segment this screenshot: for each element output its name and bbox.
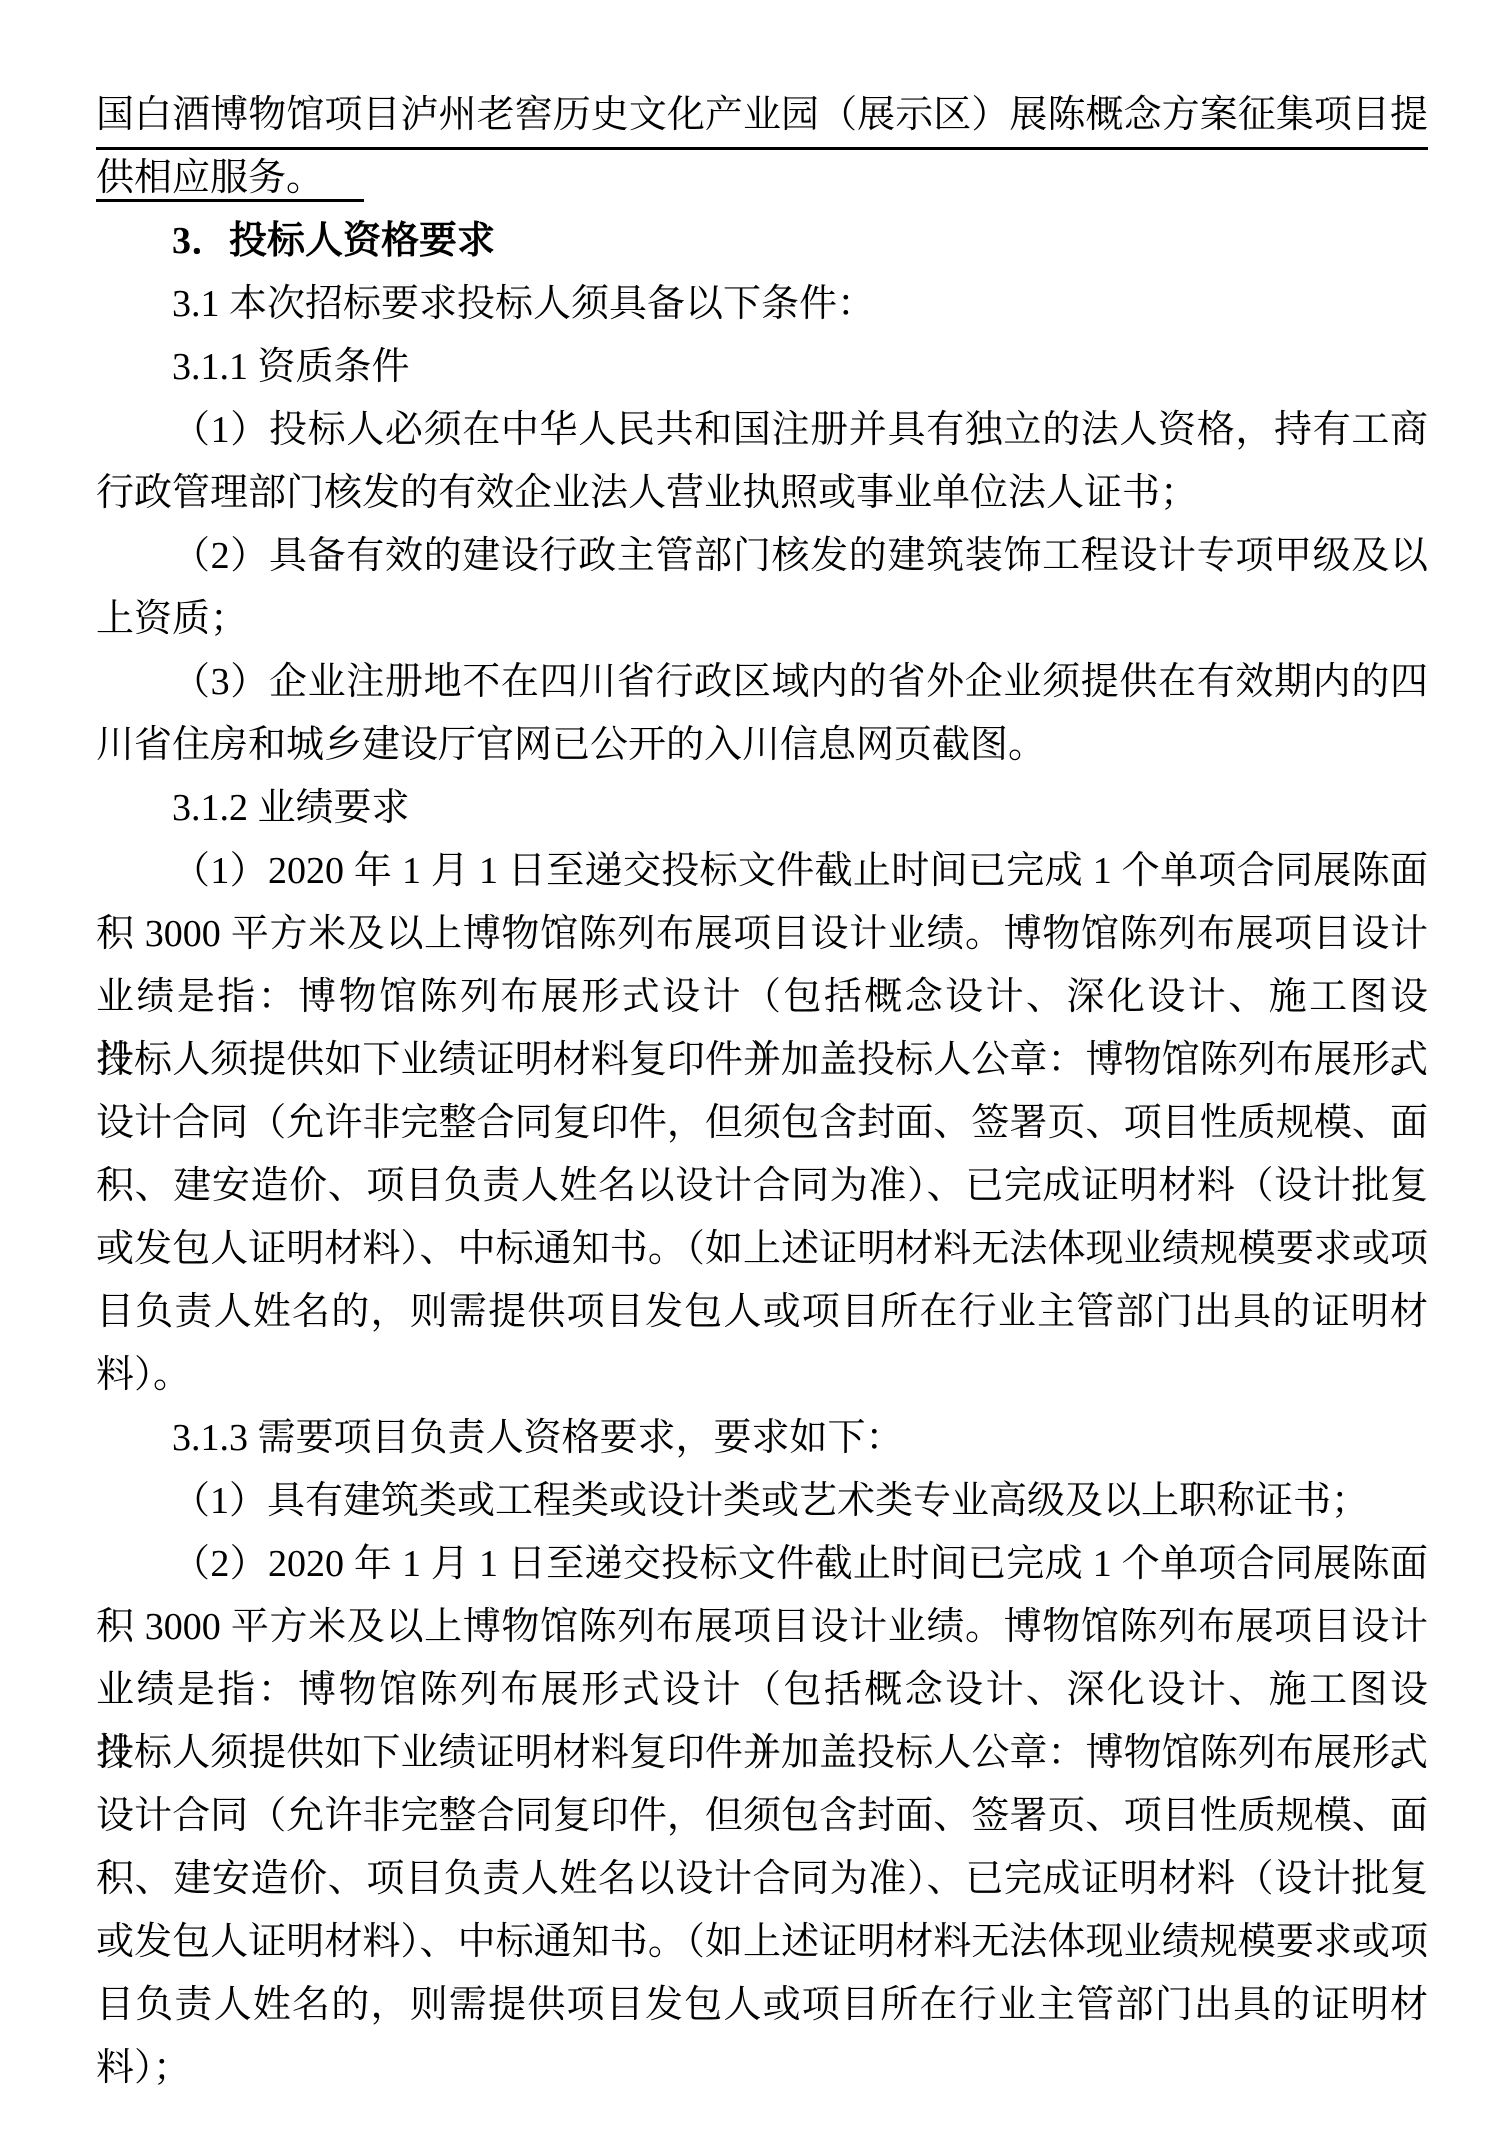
qualification-item-1: （1）投标人必须在中华人民共和国注册并具有独立的法人资格，持有工商 行政管理部门… — [96, 399, 1428, 525]
paragraph-line: 或发包人证明材料）、中标通知书。（如上述证明材料无法体现业绩规模要求或项 — [96, 1911, 1428, 1974]
paragraph-line: 或发包人证明材料）、中标通知书。（如上述证明材料无法体现业绩规模要求或项 — [96, 1218, 1428, 1281]
paragraph-line: （1）具有建筑类或工程类或设计类或艺术类专业高级及以上职称证书； — [96, 1470, 1428, 1533]
paragraph-line: 积 3000 平方米及以上博物馆陈列布展项目设计业绩。博物馆陈列布展项目设计 — [96, 903, 1428, 966]
paragraph-line: 3.1.1 资质条件 — [96, 336, 1428, 399]
paragraph-line: 积、建安造价、项目负责人姓名以设计合同为准）、已完成证明材料（设计批复 — [96, 1155, 1428, 1218]
paragraph-line: 3.1.3 需要项目负责人资格要求，要求如下： — [96, 1407, 1428, 1470]
qualification-item-3: （3）企业注册地不在四川省行政区域内的省外企业须提供在有效期内的四 川省住房和城… — [96, 651, 1428, 777]
underlined-text: 供相应服务。 — [96, 157, 364, 202]
pm-item-2: （2）2020 年 1 月 1 日至递交投标文件截止时间已完成 1 个单项合同展… — [96, 1533, 1428, 2100]
paragraph-line: （2）具备有效的建设行政主管部门核发的建筑装饰工程设计专项甲级及以 — [96, 525, 1428, 588]
qualification-item-2: （2）具备有效的建设行政主管部门核发的建筑装饰工程设计专项甲级及以 上资质； — [96, 525, 1428, 651]
paragraph-line: 料）。 — [96, 1344, 1428, 1407]
paragraph-line: 设计合同（允许非完整合同复印件，但须包含封面、签署页、项目性质规模、面 — [96, 1785, 1428, 1848]
paragraph-line: 投标人须提供如下业绩证明材料复印件并加盖投标人公章：博物馆陈列布展形式 — [96, 1722, 1428, 1785]
document-page: 国白酒博物馆项目泸州老窖历史文化产业园（展示区）展陈概念方案征集项目提 供相应服… — [0, 0, 1500, 2152]
clause-3-1-3: 3.1.3 需要项目负责人资格要求，要求如下： — [96, 1407, 1428, 1470]
paragraph-line: 国白酒博物馆项目泸州老窖历史文化产业园（展示区）展陈概念方案征集项目提 — [96, 84, 1428, 147]
continued-underlined-paragraph: 国白酒博物馆项目泸州老窖历史文化产业园（展示区）展陈概念方案征集项目提 供相应服… — [96, 84, 1428, 210]
paragraph-line: 设计合同（允许非完整合同复印件，但须包含封面、签署页、项目性质规模、面 — [96, 1092, 1428, 1155]
paragraph-line: 3.1.2 业绩要求 — [96, 777, 1428, 840]
underlined-text: 国白酒博物馆项目泸州老窖历史文化产业园（展示区）展陈概念方案征集项目提 — [96, 84, 1428, 150]
paragraph-line: 业绩是指：博物馆陈列布展形式设计（包括概念设计、深化设计、施工图设计）。 — [96, 966, 1428, 1029]
clause-3-1-1: 3.1.1 资质条件 — [96, 336, 1428, 399]
paragraph-line: 供相应服务。 — [96, 147, 1428, 210]
paragraph-line: 目负责人姓名的，则需提供项目发包人或项目所在行业主管部门出具的证明材 — [96, 1974, 1428, 2037]
paragraph-line: 上资质； — [96, 588, 1428, 651]
paragraph-line: （2）2020 年 1 月 1 日至递交投标文件截止时间已完成 1 个单项合同展… — [96, 1533, 1428, 1596]
paragraph-line: （1）投标人必须在中华人民共和国注册并具有独立的法人资格，持有工商 — [96, 399, 1428, 462]
paragraph-line: （3）企业注册地不在四川省行政区域内的省外企业须提供在有效期内的四 — [96, 651, 1428, 714]
paragraph-line: 料）； — [96, 2037, 1428, 2100]
paragraph-line: （1）2020 年 1 月 1 日至递交投标文件截止时间已完成 1 个单项合同展… — [96, 840, 1428, 903]
paragraph-line: 行政管理部门核发的有效企业法人营业执照或事业单位法人证书； — [96, 462, 1428, 525]
paragraph-line: 3.1 本次招标要求投标人须具备以下条件： — [96, 273, 1428, 336]
clause-3-1-2: 3.1.2 业绩要求 — [96, 777, 1428, 840]
pm-item-1: （1）具有建筑类或工程类或设计类或艺术类专业高级及以上职称证书； — [96, 1470, 1428, 1533]
paragraph-line: 业绩是指：博物馆陈列布展形式设计（包括概念设计、深化设计、施工图设计）。 — [96, 1659, 1428, 1722]
performance-item-1: （1）2020 年 1 月 1 日至递交投标文件截止时间已完成 1 个单项合同展… — [96, 840, 1428, 1407]
section-heading: 3．投标人资格要求 — [96, 210, 1428, 273]
paragraph-line: 投标人须提供如下业绩证明材料复印件并加盖投标人公章：博物馆陈列布展形式 — [96, 1029, 1428, 1092]
paragraph-line: 目负责人姓名的，则需提供项目发包人或项目所在行业主管部门出具的证明材 — [96, 1281, 1428, 1344]
heading-text: 3．投标人资格要求 — [96, 210, 1428, 273]
paragraph-line: 积、建安造价、项目负责人姓名以设计合同为准）、已完成证明材料（设计批复 — [96, 1848, 1428, 1911]
clause-3-1: 3.1 本次招标要求投标人须具备以下条件： — [96, 273, 1428, 336]
paragraph-line: 川省住房和城乡建设厅官网已公开的入川信息网页截图。 — [96, 714, 1428, 777]
paragraph-line: 积 3000 平方米及以上博物馆陈列布展项目设计业绩。博物馆陈列布展项目设计 — [96, 1596, 1428, 1659]
